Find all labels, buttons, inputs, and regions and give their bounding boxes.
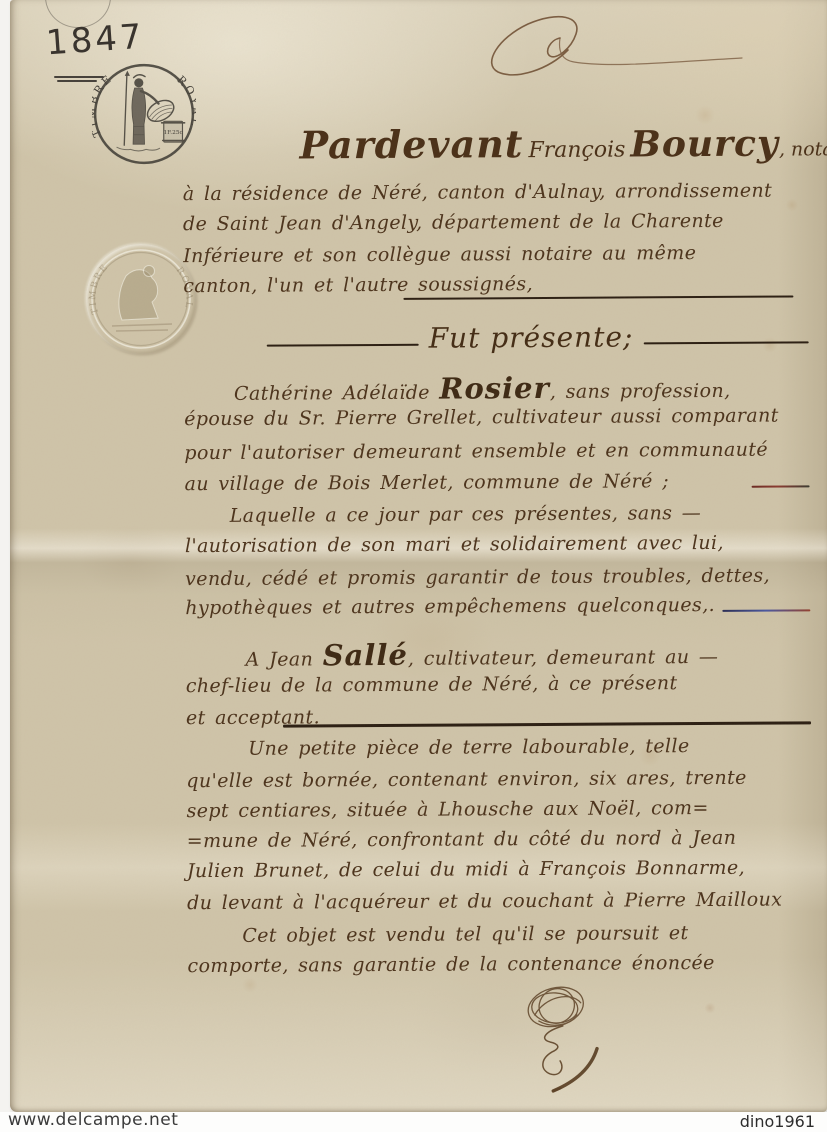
deed-line: à la résidence de Néré, canton d'Aulnay,… <box>183 180 772 206</box>
deed-line: pour l'autoriser demeurant ensemble et e… <box>184 439 768 465</box>
deed-line: hypothèques et autres empêchemens quelco… <box>185 594 715 619</box>
name-rosier: Rosier <box>439 371 550 406</box>
deed-line: Julien Brunet, de celui du midi à Franço… <box>187 857 745 882</box>
presente-pre: Cathérine Adélaïde <box>234 382 439 405</box>
deed-line: chef-lieu de la commune de Néré, à ce pr… <box>186 672 678 697</box>
deed-line: sept centiares, située à Lhousche aux No… <box>186 797 708 822</box>
heading-rule-right <box>643 341 808 345</box>
rule-after-nere <box>752 485 810 487</box>
deed-heading-row: Fut présente; <box>267 319 809 355</box>
rule-after-soussignes <box>403 295 793 299</box>
watermark-seller: dino1961 <box>740 1112 815 1131</box>
heading-rule-left <box>267 343 419 346</box>
deed-line: Une petite pièce de terre labourable, te… <box>248 735 690 760</box>
deed-line: =mune de Néré, confrontant du côté du no… <box>187 827 737 852</box>
deed-heading: Fut présente; <box>429 320 634 354</box>
deed-line: Inférieure et son collègue aussi notaire… <box>183 242 696 267</box>
deed-line: du levant à l'acquéreur et du couchant à… <box>187 889 782 915</box>
presente-post: , sans profession, <box>550 380 731 403</box>
acheteur-pre: A Jean <box>246 648 323 670</box>
rule-after-acceptant <box>283 721 811 727</box>
word-bourcy: Bourcy <box>630 123 779 166</box>
name-salle: Sallé <box>323 638 408 673</box>
deed-line: l'autorisation de son mari et solidairem… <box>185 532 724 557</box>
deed-line: canton, l'un et l'autre soussignés, <box>183 273 533 297</box>
deed-line: Laquelle a ce jour par ces présentes, sa… <box>230 502 702 527</box>
deed-line: Cathérine Adélaïde Rosier, sans professi… <box>234 370 731 407</box>
acheteur-post: , cultivateur, demeurant au — <box>408 646 719 670</box>
word-notaire: , notaire <box>779 138 827 160</box>
paper-sheet: 1847 <box>10 0 827 1112</box>
deed-line: au village de Bois Merlet, commune de Né… <box>184 470 669 495</box>
rule-after-quelconques <box>722 609 810 612</box>
paraph-flourish-icon <box>501 980 632 1109</box>
deed-line: qu'elle est bornée, contenant environ, s… <box>186 767 747 792</box>
word-pardevant: Pardevant <box>299 121 523 167</box>
deed-opening-line: Pardevant François Bourcy, notaire <box>299 119 827 167</box>
deed-line: Cet objet est vendu tel qu'il se poursui… <box>242 922 688 947</box>
document-photo: 1847 <box>0 0 827 1132</box>
deed-text: Pardevant François Bourcy, notaire à la … <box>7 0 827 1114</box>
deed-line: de Saint Jean d'Angely, département de l… <box>183 210 724 235</box>
word-francois: François <box>528 137 625 163</box>
deed-line: vendu, cédé et promis garantir de tous t… <box>185 565 770 591</box>
deed-line: comporte, sans garantie de la contenance… <box>187 952 714 977</box>
deed-line: épouse du Sr. Pierre Grellet, cultivateu… <box>184 405 779 431</box>
deed-line: A Jean Sallé, cultivateur, demeurant au … <box>246 636 719 673</box>
watermark-delcampe: www.delcampe.net <box>8 1110 178 1130</box>
